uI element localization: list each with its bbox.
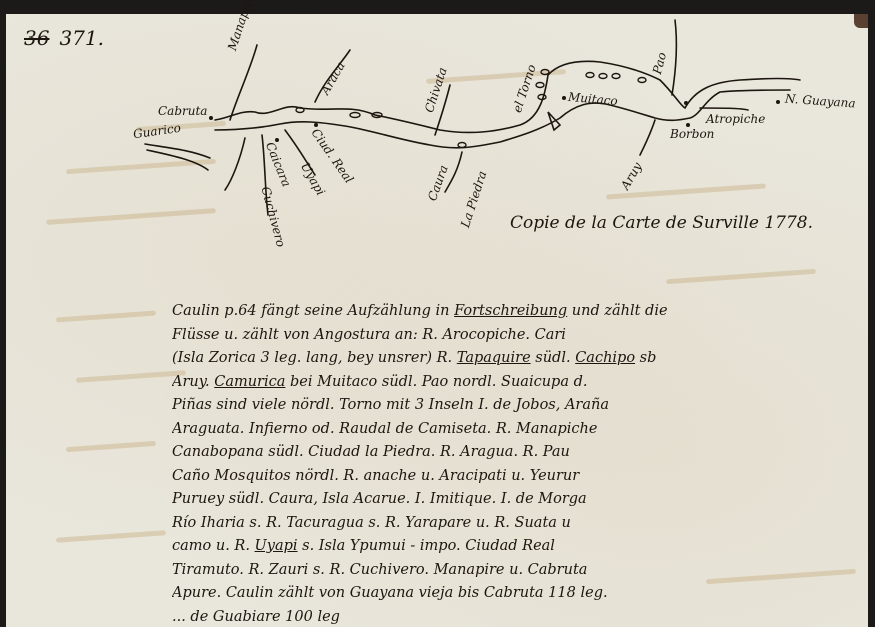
text-span: Río Iharia s. R. Tacuragua s. R. Yarapar… (172, 515, 571, 531)
text-span: fängt (261, 303, 299, 319)
note-line: Canabopana südl. Ciudad la Piedra. R. Ar… (172, 441, 862, 465)
ink-bleed (66, 441, 156, 452)
atropiche-river (700, 108, 748, 110)
underlined-term: Tapaquire (457, 350, 531, 366)
text-span: ... de Guabiare 100 leg (172, 609, 340, 625)
map-caption: Copie de la Carte de Surville 1778. (510, 213, 813, 233)
map-label-borbon: Borbon (670, 127, 714, 141)
ink-bleed (56, 311, 156, 323)
aruy-river (640, 120, 655, 155)
note-line: (Isla Zorica 3 leg. lang, bey unsrer) R.… (172, 347, 862, 371)
note-line: Araguata. Infierno od. Raudal de Camiset… (172, 418, 862, 442)
note-line: Aruy. Camurica bei Muitaco südl. Pao nor… (172, 371, 862, 395)
text-span: bei Muitaco südl. Pao nordl. Suaicupa d. (285, 374, 587, 390)
note-line: Caulin p.64 fängt seine Aufzählung in Fo… (172, 300, 862, 324)
note-line: Caño Mosquitos nördl. R. anache u. Araci… (172, 465, 862, 489)
note-line: ... de Guabiare 100 leg (172, 606, 862, 627)
text-span: sb (635, 350, 656, 366)
text-span: Canabopana südl. Ciudad la Piedra. R. Ar… (172, 444, 570, 460)
text-span: Aruy. (172, 374, 214, 390)
text-span: Puruey südl. Caura, Isla Acarue. I. Imit… (172, 491, 587, 507)
text-span: Piñas sind viele nördl. Torno mit 3 Inse… (172, 397, 609, 413)
note-line: Apure. Caulin zählt von Guayana vieja bi… (172, 582, 862, 606)
manapire-river (230, 45, 257, 120)
stream (225, 138, 245, 190)
text-span: südl. (531, 350, 576, 366)
text-span: Apure. Caulin zählt von Guayana vieja bi… (172, 585, 608, 601)
pao-river (672, 20, 676, 95)
text-span: seine Aufzählung in (300, 303, 454, 319)
ink-bleed (76, 370, 186, 383)
note-line: Flüsse u. zählt von Angostura an: R. Aro… (172, 324, 862, 348)
text-span: s. Isla Ypumui - impo. Ciudad Real (298, 538, 555, 554)
text-span: Araguata. Infierno od. Raudal de Camiset… (172, 421, 597, 437)
note-line: Río Iharia s. R. Tacuragua s. R. Yarapar… (172, 512, 862, 536)
underlined-term: Fortschreibung (454, 303, 567, 319)
note-line: Tiramuto. R. Zauri s. R. Cuchivero. Mana… (172, 559, 862, 583)
manuscript-notes: Caulin p.64 fängt seine Aufzählung in Fo… (172, 300, 862, 627)
text-span: Flüsse u. zählt von Angostura an: R. Aro… (172, 327, 566, 343)
map-label-cabruta: Cabruta (158, 104, 207, 118)
text-span: und zählt die (567, 303, 667, 319)
underlined-term: Cachipo (575, 350, 635, 366)
underlined-term: Uyapi (255, 538, 298, 554)
note-line: camo u. R. Uyapi s. Isla Ypumui - impo. … (172, 535, 862, 559)
note-line: Puruey südl. Caura, Isla Acarue. I. Imit… (172, 488, 862, 512)
guarico-river-bank (147, 150, 208, 170)
underlined-term: Camurica (214, 374, 285, 390)
text-span: camo u. R. (172, 538, 255, 554)
note-line: Piñas sind viele nördl. Torno mit 3 Inse… (172, 394, 862, 418)
orinoco-river-map (0, 0, 875, 300)
text-span: (Isla Zorica 3 leg. lang, bey unsrer) R. (172, 350, 457, 366)
text-span: Tiramuto. R. Zauri s. R. Cuchivero. Mana… (172, 562, 587, 578)
text-span: Caño Mosquitos nördl. R. anache u. Araci… (172, 468, 579, 484)
text-span: Caulin p.64 (172, 303, 261, 319)
map-label-atropiche: Atropiche (706, 112, 765, 126)
ink-bleed (56, 530, 166, 543)
